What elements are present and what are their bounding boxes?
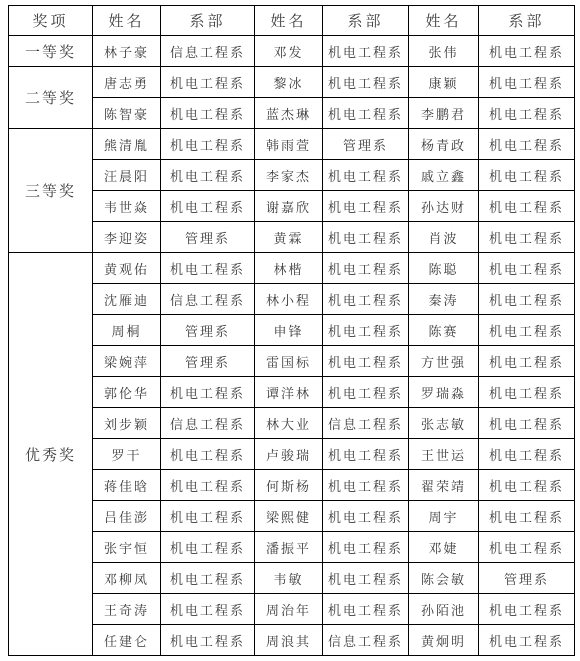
winner-name: 张宇恒	[93, 532, 161, 563]
header-name-2: 姓名	[255, 6, 323, 36]
winner-department: 机电工程系	[479, 222, 575, 253]
winner-department: 管理系	[161, 315, 255, 346]
winner-name: 张志敏	[409, 408, 479, 439]
winner-name: 邓柳凤	[93, 563, 161, 594]
winner-name: 林楷	[255, 253, 323, 284]
winner-department: 信息工程系	[161, 284, 255, 315]
winner-department: 机电工程系	[323, 222, 409, 253]
winner-name: 周治年	[255, 594, 323, 625]
winner-name: 刘步颖	[93, 408, 161, 439]
winner-department: 机电工程系	[479, 532, 575, 563]
winner-name: 韩雨萱	[255, 129, 323, 160]
winner-department: 机电工程系	[479, 98, 575, 129]
winner-name: 张伟	[409, 36, 479, 67]
table-row: 周桐管理系申锋机电工程系陈赛机电工程系	[9, 315, 575, 346]
winner-name: 黄霖	[255, 222, 323, 253]
winner-department: 机电工程系	[161, 439, 255, 470]
table-row: 三等奖熊清胤机电工程系韩雨萱管理系杨青政机电工程系	[9, 129, 575, 160]
award-category: 二等奖	[9, 67, 93, 129]
award-category: 三等奖	[9, 129, 93, 253]
table-row: 刘步颖信息工程系林大业信息工程系张志敏机电工程系	[9, 408, 575, 439]
winner-department: 机电工程系	[161, 501, 255, 532]
winner-department: 机电工程系	[479, 594, 575, 625]
winner-name: 潘振平	[255, 532, 323, 563]
winner-department: 机电工程系	[323, 439, 409, 470]
winner-name: 李迎姿	[93, 222, 161, 253]
winner-department: 机电工程系	[161, 532, 255, 563]
winner-department: 机电工程系	[323, 160, 409, 191]
winner-department: 机电工程系	[161, 98, 255, 129]
winner-department: 机电工程系	[161, 470, 255, 501]
winner-department: 机电工程系	[323, 315, 409, 346]
winner-name: 王奇涛	[93, 594, 161, 625]
table-row: 陈智豪机电工程系蓝杰琳机电工程系李鹏君机电工程系	[9, 98, 575, 129]
winner-name: 梁婉萍	[93, 346, 161, 377]
table-row: 优秀奖黄观佑机电工程系林楷机电工程系陈聪机电工程系	[9, 253, 575, 284]
winner-department: 机电工程系	[323, 532, 409, 563]
winner-department: 机电工程系	[479, 284, 575, 315]
winner-department: 机电工程系	[161, 191, 255, 222]
winner-name: 秦涛	[409, 284, 479, 315]
table-row: 汪晨阳机电工程系李家杰机电工程系戚立鑫机电工程系	[9, 160, 575, 191]
winner-department: 机电工程系	[323, 253, 409, 284]
table-row: 任建仑机电工程系周浪其信息工程系黄炯明机电工程系	[9, 625, 575, 656]
winner-name: 吕佳澎	[93, 501, 161, 532]
winner-department: 机电工程系	[323, 36, 409, 67]
winner-department: 机电工程系	[161, 625, 255, 656]
table-row: 罗干机电工程系卢骏瑞机电工程系王世运机电工程系	[9, 439, 575, 470]
winner-name: 蒋佳晗	[93, 470, 161, 501]
winner-department: 机电工程系	[161, 253, 255, 284]
winner-department: 机电工程系	[479, 67, 575, 98]
winner-name: 周宇	[409, 501, 479, 532]
header-row: 奖项 姓名 系部 姓名 系部 姓名 系部	[9, 6, 575, 36]
winner-department: 机电工程系	[323, 284, 409, 315]
winner-name: 周桐	[93, 315, 161, 346]
winner-name: 黄炯明	[409, 625, 479, 656]
winner-department: 信息工程系	[323, 625, 409, 656]
winner-name: 肖波	[409, 222, 479, 253]
winner-name: 方世强	[409, 346, 479, 377]
winner-name: 沈雁迪	[93, 284, 161, 315]
table-row: 邓柳凤机电工程系韦敏机电工程系陈会敏管理系	[9, 563, 575, 594]
winner-department: 机电工程系	[479, 129, 575, 160]
winner-department: 机电工程系	[161, 563, 255, 594]
table-row: 郭伦华机电工程系谭洋林机电工程系罗瑞淼机电工程系	[9, 377, 575, 408]
table-row: 沈雁迪信息工程系林小程机电工程系秦涛机电工程系	[9, 284, 575, 315]
winner-department: 机电工程系	[479, 625, 575, 656]
table-row: 韦世焱机电工程系谢嘉欣机电工程系孙达财机电工程系	[9, 191, 575, 222]
winner-name: 李鹏君	[409, 98, 479, 129]
winner-department: 机电工程系	[323, 501, 409, 532]
winner-department: 机电工程系	[479, 160, 575, 191]
winner-name: 陈会敏	[409, 563, 479, 594]
winner-name: 卢骏瑞	[255, 439, 323, 470]
winner-department: 机电工程系	[323, 594, 409, 625]
header-dept-2: 系部	[323, 6, 409, 36]
table-row: 张宇恒机电工程系潘振平机电工程系邓婕机电工程系	[9, 532, 575, 563]
winner-department: 机电工程系	[161, 129, 255, 160]
winner-name: 陈赛	[409, 315, 479, 346]
table-row: 梁婉萍管理系雷国标机电工程系方世强机电工程系	[9, 346, 575, 377]
header-dept-3: 系部	[479, 6, 575, 36]
winner-department: 机电工程系	[323, 191, 409, 222]
winner-department: 机电工程系	[161, 67, 255, 98]
winner-name: 李家杰	[255, 160, 323, 191]
header-name-1: 姓名	[93, 6, 161, 36]
winner-name: 谢嘉欣	[255, 191, 323, 222]
winner-name: 林大业	[255, 408, 323, 439]
table-row: 蒋佳晗机电工程系何斯杨机电工程系翟荣靖机电工程系	[9, 470, 575, 501]
winner-department: 机电工程系	[161, 377, 255, 408]
table-body: 一等奖林子豪信息工程系邓发机电工程系张伟机电工程系二等奖唐志勇机电工程系黎冰机电…	[9, 36, 575, 656]
winner-department: 管理系	[161, 222, 255, 253]
winner-name: 康颖	[409, 67, 479, 98]
header-award: 奖项	[9, 6, 93, 36]
winner-name: 任建仑	[93, 625, 161, 656]
winner-department: 机电工程系	[479, 377, 575, 408]
winner-department: 机电工程系	[161, 160, 255, 191]
winner-name: 林子豪	[93, 36, 161, 67]
winner-name: 孙达财	[409, 191, 479, 222]
winner-name: 周浪其	[255, 625, 323, 656]
header-name-3: 姓名	[409, 6, 479, 36]
winner-name: 杨青政	[409, 129, 479, 160]
winner-department: 信息工程系	[161, 408, 255, 439]
winner-department: 管理系	[323, 129, 409, 160]
winner-department: 信息工程系	[161, 36, 255, 67]
header-dept-1: 系部	[161, 6, 255, 36]
winner-department: 机电工程系	[323, 377, 409, 408]
winner-name: 熊清胤	[93, 129, 161, 160]
winner-name: 林小程	[255, 284, 323, 315]
winner-department: 管理系	[479, 563, 575, 594]
winner-name: 翟荣靖	[409, 470, 479, 501]
winner-department: 机电工程系	[323, 67, 409, 98]
table-row: 李迎姿管理系黄霖机电工程系肖波机电工程系	[9, 222, 575, 253]
winner-name: 韦敏	[255, 563, 323, 594]
winner-department: 机电工程系	[479, 408, 575, 439]
winner-department: 机电工程系	[479, 501, 575, 532]
awards-table: 奖项 姓名 系部 姓名 系部 姓名 系部 一等奖林子豪信息工程系邓发机电工程系张…	[8, 5, 575, 656]
winner-name: 汪晨阳	[93, 160, 161, 191]
winner-name: 何斯杨	[255, 470, 323, 501]
winner-name: 王世运	[409, 439, 479, 470]
winner-name: 黄观佑	[93, 253, 161, 284]
winner-department: 机电工程系	[479, 346, 575, 377]
winner-name: 陈聪	[409, 253, 479, 284]
award-category: 优秀奖	[9, 253, 93, 656]
winner-department: 机电工程系	[479, 253, 575, 284]
winner-name: 韦世焱	[93, 191, 161, 222]
table-row: 一等奖林子豪信息工程系邓发机电工程系张伟机电工程系	[9, 36, 575, 67]
winner-name: 黎冰	[255, 67, 323, 98]
winner-department: 机电工程系	[323, 563, 409, 594]
winner-name: 申锋	[255, 315, 323, 346]
winner-name: 邓发	[255, 36, 323, 67]
winner-department: 机电工程系	[479, 315, 575, 346]
award-category: 一等奖	[9, 36, 93, 67]
winner-name: 戚立鑫	[409, 160, 479, 191]
winner-name: 罗干	[93, 439, 161, 470]
winner-name: 郭伦华	[93, 377, 161, 408]
winner-name: 罗瑞淼	[409, 377, 479, 408]
winner-department: 信息工程系	[323, 408, 409, 439]
winner-department: 机电工程系	[479, 470, 575, 501]
winner-department: 机电工程系	[323, 346, 409, 377]
winner-department: 机电工程系	[479, 36, 575, 67]
winner-name: 梁熙健	[255, 501, 323, 532]
winner-department: 机电工程系	[323, 470, 409, 501]
winner-name: 邓婕	[409, 532, 479, 563]
winner-department: 管理系	[161, 346, 255, 377]
winner-name: 唐志勇	[93, 67, 161, 98]
winner-name: 谭洋林	[255, 377, 323, 408]
winner-department: 机电工程系	[323, 98, 409, 129]
table-row: 二等奖唐志勇机电工程系黎冰机电工程系康颖机电工程系	[9, 67, 575, 98]
winner-name: 陈智豪	[93, 98, 161, 129]
winner-name: 蓝杰琳	[255, 98, 323, 129]
winner-department: 机电工程系	[479, 191, 575, 222]
winner-department: 机电工程系	[161, 594, 255, 625]
winner-name: 雷国标	[255, 346, 323, 377]
table-row: 吕佳澎机电工程系梁熙健机电工程系周宇机电工程系	[9, 501, 575, 532]
winner-name: 孙陌池	[409, 594, 479, 625]
winner-department: 机电工程系	[479, 439, 575, 470]
table-row: 王奇涛机电工程系周治年机电工程系孙陌池机电工程系	[9, 594, 575, 625]
